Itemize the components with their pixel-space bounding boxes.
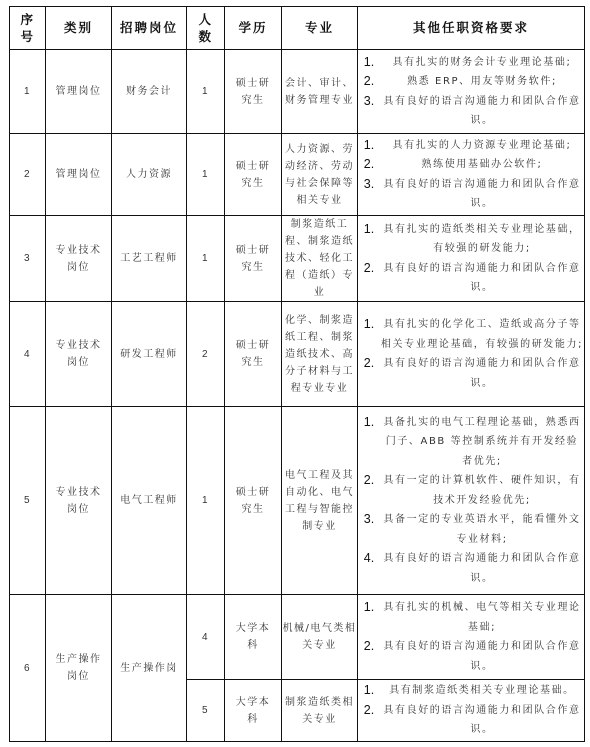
requirements-list: 1.具有扎实的造纸类相关专业理论基础，有较强的研发能力; 2.具有良好的语言沟通… bbox=[358, 220, 584, 298]
cell-requirements: 1.具有扎实的人力资源专业理论基础; 2.熟练使用基础办公软件; 3.具有良好的… bbox=[358, 134, 585, 216]
requirement-item: 2.具有良好的语言沟通能力和团队合作意识。 bbox=[358, 354, 584, 393]
table-row: 1 管理岗位 财务会计 1 硕士研究生 会计、审计、财务管理专业 1.具有扎实的… bbox=[10, 50, 585, 134]
cell-category: 专业技术岗位 bbox=[46, 407, 112, 595]
cell-seq: 6 bbox=[10, 595, 46, 742]
requirement-item: 1.具有扎实的化学化工、造纸或高分子等相关专业理论基础，有较强的研发能力; bbox=[358, 315, 584, 354]
requirement-item: 2.熟练使用基础办公软件; bbox=[358, 155, 584, 175]
cell-requirements: 1.具备扎实的电气工程理论基础，熟悉西门子、ABB 等控制系统并有开发经验者优先… bbox=[358, 407, 585, 595]
cell-major: 机械/电气类相关专业 bbox=[282, 595, 358, 680]
header-seq: 序号 bbox=[10, 7, 46, 50]
cell-seq: 5 bbox=[10, 407, 46, 595]
requirement-item: 2.具有一定的计算机软件、硬件知识，有技术开发经验优先; bbox=[358, 471, 584, 510]
cell-requirements: 1.具有扎实的造纸类相关专业理论基础，有较强的研发能力; 2.具有良好的语言沟通… bbox=[358, 216, 585, 302]
header-row: 序号 类别 招聘岗位 人数 学历 专业 其他任职资格要求 bbox=[10, 7, 585, 50]
cell-education: 大学本科 bbox=[225, 680, 282, 742]
cell-position: 工艺工程师 bbox=[112, 216, 187, 302]
cell-category: 专业技术岗位 bbox=[46, 302, 112, 407]
cell-seq: 4 bbox=[10, 302, 46, 407]
table-row: 2 管理岗位 人力资源 1 硕士研究生 人力资源、劳动经济、劳动与社会保障等相关… bbox=[10, 134, 585, 216]
cell-education: 硕士研究生 bbox=[225, 407, 282, 595]
requirement-item: 1.具有扎实的机械、电气等相关专业理论基础; bbox=[358, 598, 584, 637]
requirement-item: 3.具备一定的专业英语水平，能看懂外文专业材料; bbox=[358, 510, 584, 549]
cell-education: 硕士研究生 bbox=[225, 134, 282, 216]
header-major: 专业 bbox=[282, 7, 358, 50]
cell-count: 1 bbox=[187, 134, 225, 216]
cell-requirements: 1.具有制浆造纸类相关专业理论基础。 2.具有良好的语言沟通能力和团队合作意识。 bbox=[358, 680, 585, 742]
cell-requirements: 1.具有扎实的财务会计专业理论基础; 2.熟悉 ERP、用友等财务软件; 3.具… bbox=[358, 50, 585, 134]
cell-count: 4 bbox=[187, 595, 225, 680]
cell-major: 化学、制浆造纸工程、制浆造纸技术、高分子材料与工程专业专业 bbox=[282, 302, 358, 407]
requirement-item: 2.熟悉 ERP、用友等财务软件; bbox=[358, 72, 584, 92]
header-category: 类别 bbox=[46, 7, 112, 50]
header-requirements: 其他任职资格要求 bbox=[358, 7, 585, 50]
cell-position: 财务会计 bbox=[112, 50, 187, 134]
requirements-list: 1.具有扎实的人力资源专业理论基础; 2.熟练使用基础办公软件; 3.具有良好的… bbox=[358, 136, 584, 214]
cell-category: 生产操作岗位 bbox=[46, 595, 112, 742]
cell-major: 电气工程及其自动化、电气工程与智能控制专业 bbox=[282, 407, 358, 595]
cell-count: 1 bbox=[187, 407, 225, 595]
requirement-item: 2.具有良好的语言沟通能力和团队合作意识。 bbox=[358, 259, 584, 298]
cell-seq: 2 bbox=[10, 134, 46, 216]
header-position: 招聘岗位 bbox=[112, 7, 187, 50]
cell-position: 研发工程师 bbox=[112, 302, 187, 407]
requirement-item: 2.具有良好的语言沟通能力和团队合作意识。 bbox=[358, 637, 584, 676]
requirements-list: 1.具备扎实的电气工程理论基础，熟悉西门子、ABB 等控制系统并有开发经验者优先… bbox=[358, 413, 584, 589]
cell-category: 专业技术岗位 bbox=[46, 216, 112, 302]
requirement-item: 1.具备扎实的电气工程理论基础，熟悉西门子、ABB 等控制系统并有开发经验者优先… bbox=[358, 413, 584, 472]
cell-major: 人力资源、劳动经济、劳动与社会保障等相关专业 bbox=[282, 134, 358, 216]
cell-requirements: 1.具有扎实的机械、电气等相关专业理论基础; 2.具有良好的语言沟通能力和团队合… bbox=[358, 595, 585, 680]
table-row: 5 专业技术岗位 电气工程师 1 硕士研究生 电气工程及其自动化、电气工程与智能… bbox=[10, 407, 585, 595]
requirement-item: 1.具有扎实的造纸类相关专业理论基础，有较强的研发能力; bbox=[358, 220, 584, 259]
cell-major: 会计、审计、财务管理专业 bbox=[282, 50, 358, 134]
cell-seq: 3 bbox=[10, 216, 46, 302]
requirement-item: 1.具有制浆造纸类相关专业理论基础。 bbox=[358, 681, 584, 701]
header-education: 学历 bbox=[225, 7, 282, 50]
requirements-list: 1.具有制浆造纸类相关专业理论基础。 2.具有良好的语言沟通能力和团队合作意识。 bbox=[358, 681, 584, 740]
recruitment-table: 序号 类别 招聘岗位 人数 学历 专业 其他任职资格要求 1 管理岗位 财务会计… bbox=[9, 6, 585, 742]
cell-education: 硕士研究生 bbox=[225, 50, 282, 134]
requirements-list: 1.具有扎实的财务会计专业理论基础; 2.熟悉 ERP、用友等财务软件; 3.具… bbox=[358, 53, 584, 131]
requirement-item: 4.具有良好的语言沟通能力和团队合作意识。 bbox=[358, 549, 584, 588]
table-row: 6 生产操作岗位 生产操作岗 4 大学本科 机械/电气类相关专业 1.具有扎实的… bbox=[10, 595, 585, 680]
cell-count: 1 bbox=[187, 216, 225, 302]
cell-education: 硕士研究生 bbox=[225, 216, 282, 302]
requirement-item: 1.具有扎实的财务会计专业理论基础; bbox=[358, 53, 584, 73]
table-row: 4 专业技术岗位 研发工程师 2 硕士研究生 化学、制浆造纸工程、制浆造纸技术、… bbox=[10, 302, 585, 407]
cell-seq: 1 bbox=[10, 50, 46, 134]
requirement-item: 1.具有扎实的人力资源专业理论基础; bbox=[358, 136, 584, 156]
cell-position: 电气工程师 bbox=[112, 407, 187, 595]
cell-requirements: 1.具有扎实的化学化工、造纸或高分子等相关专业理论基础，有较强的研发能力; 2.… bbox=[358, 302, 585, 407]
header-count: 人数 bbox=[187, 7, 225, 50]
requirements-list: 1.具有扎实的机械、电气等相关专业理论基础; 2.具有良好的语言沟通能力和团队合… bbox=[358, 598, 584, 676]
requirements-list: 1.具有扎实的化学化工、造纸或高分子等相关专业理论基础，有较强的研发能力; 2.… bbox=[358, 315, 584, 393]
cell-count: 2 bbox=[187, 302, 225, 407]
table-row: 3 专业技术岗位 工艺工程师 1 硕士研究生 制浆造纸工程、制浆造纸技术、轻化工… bbox=[10, 216, 585, 302]
cell-major: 制浆造纸工程、制浆造纸技术、轻化工程（造纸）专业 bbox=[282, 216, 358, 302]
requirement-item: 2.具有良好的语言沟通能力和团队合作意识。 bbox=[358, 701, 584, 740]
requirement-item: 3.具有良好的语言沟通能力和团队合作意识。 bbox=[358, 175, 584, 214]
cell-education: 硕士研究生 bbox=[225, 302, 282, 407]
cell-major: 制浆造纸类相关专业 bbox=[282, 680, 358, 742]
requirement-item: 3.具有良好的语言沟通能力和团队合作意识。 bbox=[358, 92, 584, 131]
cell-count: 1 bbox=[187, 50, 225, 134]
cell-category: 管理岗位 bbox=[46, 134, 112, 216]
cell-category: 管理岗位 bbox=[46, 50, 112, 134]
cell-count: 5 bbox=[187, 680, 225, 742]
cell-position: 人力资源 bbox=[112, 134, 187, 216]
cell-education: 大学本科 bbox=[225, 595, 282, 680]
cell-position: 生产操作岗 bbox=[112, 595, 187, 742]
